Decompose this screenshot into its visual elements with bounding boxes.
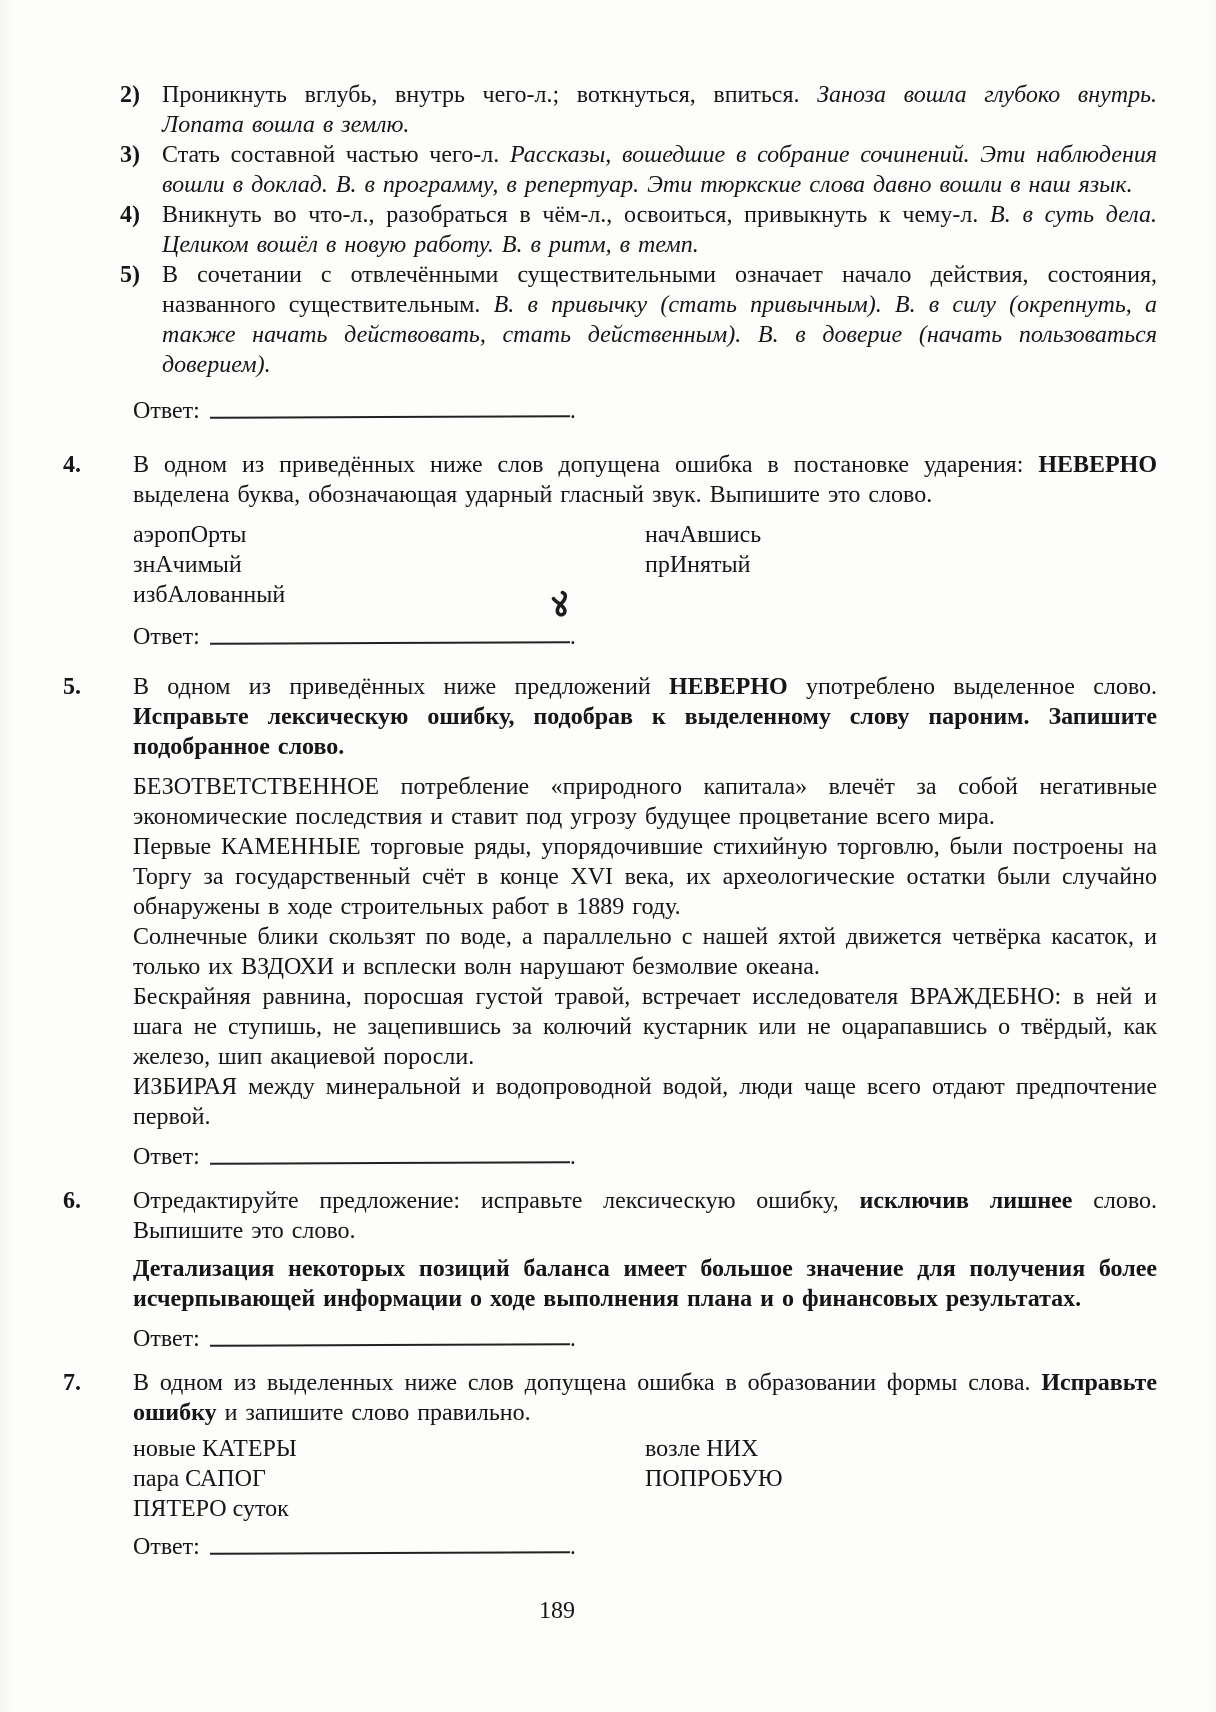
question-intro-text: выделена буква, обозначающая ударный гла…	[133, 482, 932, 508]
answer-line: Ответ:.	[133, 1142, 1216, 1172]
verb-senses-list: 2)Проникнуть вглубь, внутрь чего-л.; вот…	[120, 80, 1157, 380]
sense-definition: Проникнуть вглубь, внутрь чего-л.; воткн…	[162, 82, 800, 108]
sentence-option: ИЗБИРАЯ между минеральной и водопроводно…	[133, 1072, 1157, 1132]
answer-line: Ответ:.	[133, 622, 1216, 652]
answer-period: .	[570, 1144, 576, 1170]
sense-definition: Вникнуть во что-л., разобраться в чём-л.…	[162, 202, 978, 228]
answer-blank	[210, 396, 570, 419]
question-task-bold: исключив лишнее	[859, 1188, 1072, 1214]
word-option: начАвшись	[645, 520, 1157, 550]
sentence-option: БЕЗОТВЕТСТВЕННОЕ потребление «природного…	[133, 772, 1157, 832]
word-option: аэропОрты	[133, 520, 645, 550]
word-option: знАчимый	[133, 550, 645, 580]
sentence-option: Бескрайняя равнина, поросшая густой трав…	[133, 982, 1157, 1072]
answer-blank	[210, 622, 570, 645]
word-option: ПОПРОБУЮ	[645, 1464, 1157, 1494]
page-number: 189	[527, 1596, 587, 1626]
word-option: новые КАТЕРЫ	[133, 1434, 645, 1464]
sentence-option: Солнечные блики скользят по воде, а пара…	[133, 922, 1157, 982]
word-option: ПЯТЕРО суток	[133, 1494, 645, 1524]
word-options-right-column: начАвшись прИнятый	[645, 520, 1157, 610]
word-option: возле НИХ	[645, 1434, 1157, 1464]
question-intro: В одном из выделенных ниже слов допущена…	[133, 1368, 1157, 1428]
question-7: 7. В одном из выделенных ниже слов допущ…	[133, 1368, 1157, 1524]
word-options-left-column: новые КАТЕРЫ пара САПОГ ПЯТЕРО суток	[133, 1434, 645, 1524]
emphasis-neverno: НЕВЕРНО	[669, 674, 788, 700]
sentence-options: БЕЗОТВЕТСТВЕННОЕ потребление «природного…	[133, 772, 1157, 1132]
ink-smudge	[550, 590, 574, 628]
answer-line: Ответ:.	[133, 396, 1216, 426]
word-options: новые КАТЕРЫ пара САПОГ ПЯТЕРО суток воз…	[133, 1434, 1157, 1524]
question-intro-text: Отредактируйте предложение: исправьте ле…	[133, 1188, 859, 1214]
sense-number: 4)	[120, 200, 162, 230]
emphasis-neverno: НЕВЕРНО	[1038, 452, 1157, 478]
answer-blank	[210, 1324, 570, 1347]
answer-label: Ответ:	[133, 1534, 200, 1560]
question-number: 6.	[63, 1186, 81, 1216]
sense-number: 5)	[120, 260, 162, 290]
answer-period: .	[570, 1326, 576, 1352]
question-intro: Отредактируйте предложение: исправьте ле…	[133, 1186, 1157, 1246]
sentence-option: Первые КАМЕННЫЕ торговые ряды, упорядочи…	[133, 832, 1157, 922]
answer-blank	[210, 1142, 570, 1165]
answer-period: .	[570, 398, 576, 424]
edited-sentence: Детализация некоторых позиций баланса им…	[133, 1254, 1157, 1314]
scanned-page: 2)Проникнуть вглубь, внутрь чего-л.; вот…	[0, 0, 1216, 1712]
question-number: 5.	[63, 672, 81, 702]
question-5: 5. В одном из приведённых ниже предложен…	[133, 672, 1157, 1132]
word-options: аэропОрты знАчимый избАлованный начАвшис…	[133, 520, 1157, 610]
question-intro-text: В одном из выделенных ниже слов допущена…	[133, 1370, 1041, 1396]
question-number: 4.	[63, 450, 81, 480]
sense-item: 2)Проникнуть вглубь, внутрь чего-л.; вот…	[120, 80, 1157, 140]
answer-line: Ответ:.	[133, 1532, 1216, 1562]
sense-item: 4)Вникнуть во что-л., разобраться в чём-…	[120, 200, 1157, 260]
question-number: 7.	[63, 1368, 81, 1398]
sense-item: 3)Стать составной частью чего-л. Рассказ…	[120, 140, 1157, 200]
question-intro-text: и запишите слово правильно.	[217, 1400, 531, 1426]
question-intro: В одном из приведённых ниже предложений …	[133, 672, 1157, 762]
question-6: 6. Отредактируйте предложение: исправьте…	[133, 1186, 1157, 1314]
answer-period: .	[570, 1534, 576, 1560]
question-4: 4. В одном из приведённых ниже слов допу…	[133, 450, 1157, 610]
word-option: прИнятый	[645, 550, 1157, 580]
answer-label: Ответ:	[133, 624, 200, 650]
answer-label: Ответ:	[133, 398, 200, 424]
answer-blank	[210, 1532, 570, 1555]
question-intro-text: В одном из приведённых ниже предложений	[133, 674, 669, 700]
question-task-bold: Исправьте лексическую ошибку, подобрав к…	[133, 704, 1157, 760]
sense-number: 2)	[120, 80, 162, 110]
sense-definition: Стать составной частью чего-л.	[162, 142, 499, 168]
sense-number: 3)	[120, 140, 162, 170]
sense-item: 5)В сочетании с отвлечёнными существител…	[120, 260, 1157, 380]
page-content: 2)Проникнуть вглубь, внутрь чего-л.; вот…	[0, 80, 1216, 1562]
question-intro: В одном из приведённых ниже слов допущен…	[133, 450, 1157, 510]
word-option: пара САПОГ	[133, 1464, 645, 1494]
answer-label: Ответ:	[133, 1144, 200, 1170]
question-intro-text: В одном из приведённых ниже слов допущен…	[133, 452, 1038, 478]
answer-line: Ответ:.	[133, 1324, 1216, 1354]
word-options-right-column: возле НИХ ПОПРОБУЮ	[645, 1434, 1157, 1524]
answer-label: Ответ:	[133, 1326, 200, 1352]
question-intro-text: употреблено выделенное слово.	[788, 674, 1157, 700]
